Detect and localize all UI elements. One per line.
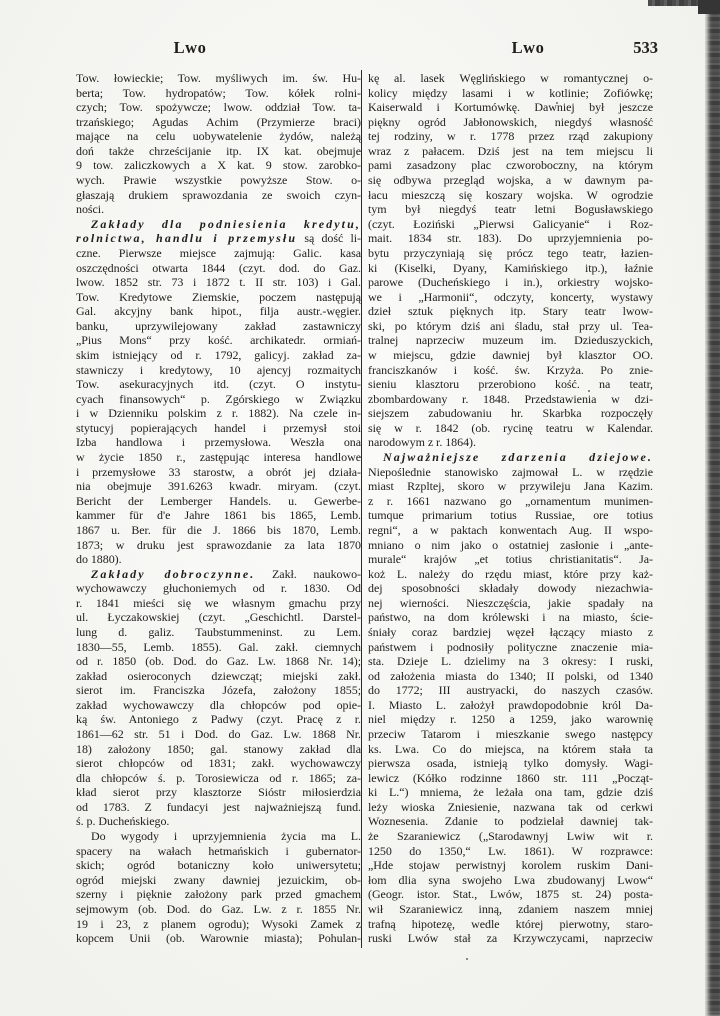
section-heading-italic: Najważniejsze zdarzenia dziejowe.: [383, 450, 653, 464]
text-line: śniały coraz bardziej węzeł łączący mias…: [368, 625, 653, 640]
scan-edge-artifact-corner: [698, 0, 720, 14]
text-line: od r. 1850 (ob. Dod. do Gaz. Lw. 1868 Nr…: [76, 654, 361, 669]
column-divider-rule: [361, 70, 362, 948]
text-line: pami zasadzony plac czworoboczny, na któ…: [368, 158, 653, 173]
text-line: ogród miejski zwany dawniej jezuickim, o…: [76, 873, 361, 888]
text-line: stytucyj popierających handel i przemysł…: [76, 421, 361, 436]
text-line: zakład wychowawczy dla chłopców pod opie…: [76, 698, 361, 713]
text-line: kład sierot przy klasztorze Sióstr miłos…: [76, 785, 361, 800]
text-column-left: Tow. łowieckie; Tow. myśliwych im. św. H…: [76, 71, 361, 946]
text-line: ski, po którym dziś ani śladu, stał przy…: [368, 319, 653, 334]
text-line: tralnej naprzeciw muzeum im. Dzieduszyck…: [368, 333, 653, 348]
section-heading-italic: Zakłady dobroczynne.: [91, 567, 255, 581]
text-line: od założenia miasta do 1340; II polski, …: [368, 669, 653, 684]
text-line: ki (Kiselki, Dyany, Kamińskiego itp.), ł…: [368, 261, 653, 276]
text-line: Najważniejsze zdarzenia dziejowe.: [368, 450, 653, 465]
text-line: nej wierności. Nieszczęścia, jakie spada…: [368, 596, 653, 611]
text-line: we i „Harmonii“, odczyty, koncerty, wyst…: [368, 290, 653, 305]
text-line: i przemysłowe 33 starostw, a obrót jej d…: [76, 465, 361, 480]
text-line: lewicz (Kółko rodzinne 1860 str. 111 „Po…: [368, 771, 653, 786]
text-line: czych; Tow. spożywcze; lwow. oddział Tow…: [76, 100, 361, 115]
text-line: skim istniejący od r. 1792, galicyj. zak…: [76, 348, 361, 363]
text-line: mniano o nim jako o ostatniej zasłonie i…: [368, 538, 653, 553]
text-line: szerny i pięknie założony park przed gma…: [76, 887, 361, 902]
text-line: Izba handlowa i przemysłowa. Weszła ona: [76, 435, 361, 450]
text-line: sieniu klasztoru przerobiono kość. na te…: [368, 377, 653, 392]
text-line: oszczędności otwarta 1844 (czyt. dod. do…: [76, 261, 361, 276]
text-line: ul. Łyczakowskiej (czyt. „Geschichtl. Da…: [76, 610, 361, 625]
text-line: mait. 1834 str. 183). Do uprzyjemnienia …: [368, 231, 653, 246]
text-line: dej sposobności składały dowody niezachw…: [368, 581, 653, 596]
text-line: 1867 u. Ber. für die J. 1866 bis 1870, L…: [76, 523, 361, 538]
page-number: 533: [612, 38, 658, 58]
text-line: wych. Prawie wszystkie powyższe Stow. o-: [76, 173, 361, 188]
text-line: piękny ogród Jabłonowskich, niegdyś włas…: [368, 115, 653, 130]
text-line: sierot chłopców od 1831; zakł. wychowawc…: [76, 756, 361, 771]
text-line: 9 tow. zaliczkowych a X kat. 9 stow. zar…: [76, 158, 361, 173]
text-line: 1861—62 str. 51 i Dod. do Gaz. Lw. 1868 …: [76, 727, 361, 742]
scan-edge-artifact-right: [705, 0, 720, 1016]
text-line: regni“, a w paktach konwentach Aug. II w…: [368, 523, 653, 538]
text-line: kę al. lasek Węglińskiego w romantycznej…: [368, 71, 653, 86]
text-line: Gal. akcyjny bank hipot., filja austr.-w…: [76, 304, 361, 319]
text-line: w miejscu, gdzie dawniej był klasztor OO…: [368, 348, 653, 363]
text-line: kammer für d'e Jahre 1861 bis 1865, Lemb…: [76, 508, 361, 523]
text-line: narodowym z r. 1864).: [368, 435, 653, 450]
text-line: tumque primarium totius Russiae, ore tot…: [368, 508, 653, 523]
text-line: 18) założony 1850; gal. stanowy zakład d…: [76, 742, 361, 757]
text-line: 19 i 23, z planem ogrodu); Wysoki Zamek …: [76, 917, 361, 932]
text-line: państwo, na dom królewski i na miasto, ś…: [368, 610, 653, 625]
text-line: franciszkanów i kość. św. Krzyża. Po zni…: [368, 363, 653, 378]
text-line: 1830—55, Lemb. 1855). Gal. zakł. ciemnyc…: [76, 640, 361, 655]
running-head-left: Lwo: [150, 38, 230, 58]
text-line: 1873; w druku jest sprawozdanie za lata …: [76, 538, 361, 553]
text-line: że Szaraniewicz („Starodawnyj Lwiw wit r…: [368, 829, 653, 844]
text-line: Do wygody i uprzyjemnienia życia ma L.: [76, 829, 361, 844]
text-line: skich; ogród botaniczny koło uniwersytet…: [76, 858, 361, 873]
text-line: do 1880).: [76, 552, 361, 567]
text-line: się w r. 1842 (ob. rycinę teatru w Kalen…: [368, 421, 653, 436]
text-line: trafną hipotezę, wedle której pierwotny,…: [368, 917, 653, 932]
text-line: od 1783. Z fundacyi jest najważniejszą f…: [76, 800, 361, 815]
text-line: się odbywa przegląd wojska, a w dawnym p…: [368, 173, 653, 188]
text-line: tej rodziny, w r. 1778 przez rząd zakupi…: [368, 129, 653, 144]
text-line: Bericht der Lemberger Handels. u. Gewerb…: [76, 494, 361, 509]
text-line: łacu mieszczą się koszary wojska. W ogro…: [368, 188, 653, 203]
scan-speck: [556, 102, 558, 104]
text-line: wychowawczy głuchoniemych od r. 1830. Od: [76, 581, 361, 596]
text-column-right: kę al. lasek Węglińskiego w romantycznej…: [368, 71, 653, 946]
text-line: z r. 1661 nazwano go „ornamentum munimen…: [368, 494, 653, 509]
text-line: I. Miasto L. założył prawdopodobnie król…: [368, 698, 653, 713]
text-line: pierwsza osada, istnieją tylko domysły. …: [368, 756, 653, 771]
text-line: i w Dzienniku polskim z r. 1882). Na cze…: [76, 406, 361, 421]
text-line: dla chłopców ś. p. Torosiewicza od r. 18…: [76, 771, 361, 786]
text-line: nia obejmuje 391.6263 kwadr. miryam. (cz…: [76, 479, 361, 494]
text-line: parowe (Ducheńskiego i in.), orkiestry w…: [368, 275, 653, 290]
text-line: kolicy między lasami i w kotlinie; Zofió…: [368, 86, 653, 101]
scan-speck: [588, 390, 590, 392]
text-line: wił Szaraniewicz inną, zdaniem naszem mn…: [368, 902, 653, 917]
text-line: czne. Pierwsze miejsce zajmują: Galic. k…: [76, 246, 361, 261]
text-line: kopcem Unii (ob. Warownie miasta); Pohul…: [76, 931, 361, 946]
text-line: murale“ krajów „et totius christianitati…: [368, 552, 653, 567]
text-line: zakład osieroconych dziewcząt; miejski z…: [76, 669, 361, 684]
text-line: doń także chrześcijanie itp. IX kat. obe…: [76, 144, 361, 159]
text-line: „Hde stojaw perwistnyj korolem ruskim Da…: [368, 858, 653, 873]
text-line: dzieł sztuk pięknych itp. Stary teatr lw…: [368, 304, 653, 319]
text-line: cyach finansowych“ p. Zgórskiego w Związ…: [76, 392, 361, 407]
text-line: stawniczy i kredytowy, 10 ajencyj rozmai…: [76, 363, 361, 378]
text-line: w życie 1850 r., zastępując interesa han…: [76, 450, 361, 465]
text-line: wraz z pałacem. Dziś jest na tem miejscu…: [368, 144, 653, 159]
text-line: koż L. należy do rzędu miast, które przy…: [368, 567, 653, 582]
text-line: berta; Tow. hydropatów; Tow. kółek rolni…: [76, 86, 361, 101]
text-line: Woznesenia. Zdanie to podzielał dawniej …: [368, 814, 653, 829]
text-line: Tow. łowieckie; Tow. myśliwych im. św. H…: [76, 71, 361, 86]
text-line: (czyt. Łoziński „Pierwsi Galicyanie“ i R…: [368, 217, 653, 232]
text-line: sejmowym (ob. Dod. do Gaz. Lw. z r. 1855…: [76, 902, 361, 917]
text-line: spacery na wałach hetmańskich i gubernat…: [76, 844, 361, 859]
text-line: mające na celu uobywatelenie żydów, nale…: [76, 129, 361, 144]
text-line: leży wioska Zniesienie, nazwana tak od c…: [368, 800, 653, 815]
text-line: Niepoślednie stanowisko zajmował L. w rz…: [368, 465, 653, 480]
text-line: tym był niegdyś teatr letni Bogusławskie…: [368, 202, 653, 217]
text-line: Tow. Kredytowe Ziemskie, poczem następuj…: [76, 290, 361, 305]
text-line: (Geogr. istor. Stat., Lwów, 1875 st. 24)…: [368, 887, 653, 902]
text-line: ruski Lwów stał za Krzywczycami, naprzec…: [368, 931, 653, 946]
text-line: ności.: [76, 202, 361, 217]
text-line: „Pius Mons“ przy kość. archikatedr. ormi…: [76, 333, 361, 348]
text-line: Zakłady dobroczynne. Zakł. naukowo-: [76, 567, 361, 582]
text-line: zbombardowany r. 1848. Przedstawienia w …: [368, 392, 653, 407]
text-line: Tow. asekuracyjnych itd. (czyt. O instyt…: [76, 377, 361, 392]
text-line: r. 1841 mieści się we własnym gmachu prz…: [76, 596, 361, 611]
text-line: siejszem zabudowaniu hr. Skarbka rozpocz…: [368, 406, 653, 421]
text-line: lwow. 1852 str. 73 i 1872 t. II str. 103…: [76, 275, 361, 290]
text-line: do 1772; III austryacki, do naszych czas…: [368, 683, 653, 698]
text-line: banku, uprzywilejowany zakład zastawnicz…: [76, 319, 361, 334]
running-head-right: Lwo: [488, 38, 568, 58]
text-line: sta. Dzieje L. dzielimy na 3 okresy: I r…: [368, 654, 653, 669]
text-line: rolnictwa, handlu i przemysłu są dość li…: [76, 231, 361, 246]
text-line: lung d. galiz. Taubstummeninst. zu Lem.: [76, 625, 361, 640]
text-line: trzańskiego; Agudas Achim (Przymierze br…: [76, 115, 361, 130]
text-line: łom dlia syna swojeho Lwa zbudowanyj Lwo…: [368, 873, 653, 888]
text-line: ś. p. Ducheńskiego.: [76, 814, 361, 829]
text-line: niel między r. 1250 a 1259, jako warowni…: [368, 712, 653, 727]
text-line: 1250 do 1350,“ Lw. 1861). W rozprawce:: [368, 844, 653, 859]
text-line: przeciw Tatarom i mieszkanie swego nastę…: [368, 727, 653, 742]
text-line: Zakłady dla podniesienia kredytu,: [76, 217, 361, 232]
text-line: ks. Lwa. Co do miejsca, na którem stała …: [368, 742, 653, 757]
text-line: ką św. Antoniego z Padwy (czyt. Pracę z …: [76, 712, 361, 727]
section-heading-italic: Zakłady dla podniesienia kredytu,: [91, 217, 361, 231]
text-line: państwem i podnosiły polityczne znaczeni…: [368, 640, 653, 655]
text-line: bytu przyczyniają się prócz tego teatr, …: [368, 246, 653, 261]
text-line: miast Rzpltej, skoro w przywileju Jana K…: [368, 479, 653, 494]
text-line: Kaiserwald i Kortumówkę. Dawniej był jes…: [368, 100, 653, 115]
text-line: ki L.“) mniema, że leżała ona tam, gdzie…: [368, 785, 653, 800]
scan-speck: [466, 958, 468, 960]
section-heading-italic: rolnictwa, handlu i przemysłu: [76, 231, 297, 245]
text-line: sierot im. Franciszka Józefa, założony 1…: [76, 683, 361, 698]
text-line: głaszają drukiem sprawozdania ze swoich …: [76, 188, 361, 203]
